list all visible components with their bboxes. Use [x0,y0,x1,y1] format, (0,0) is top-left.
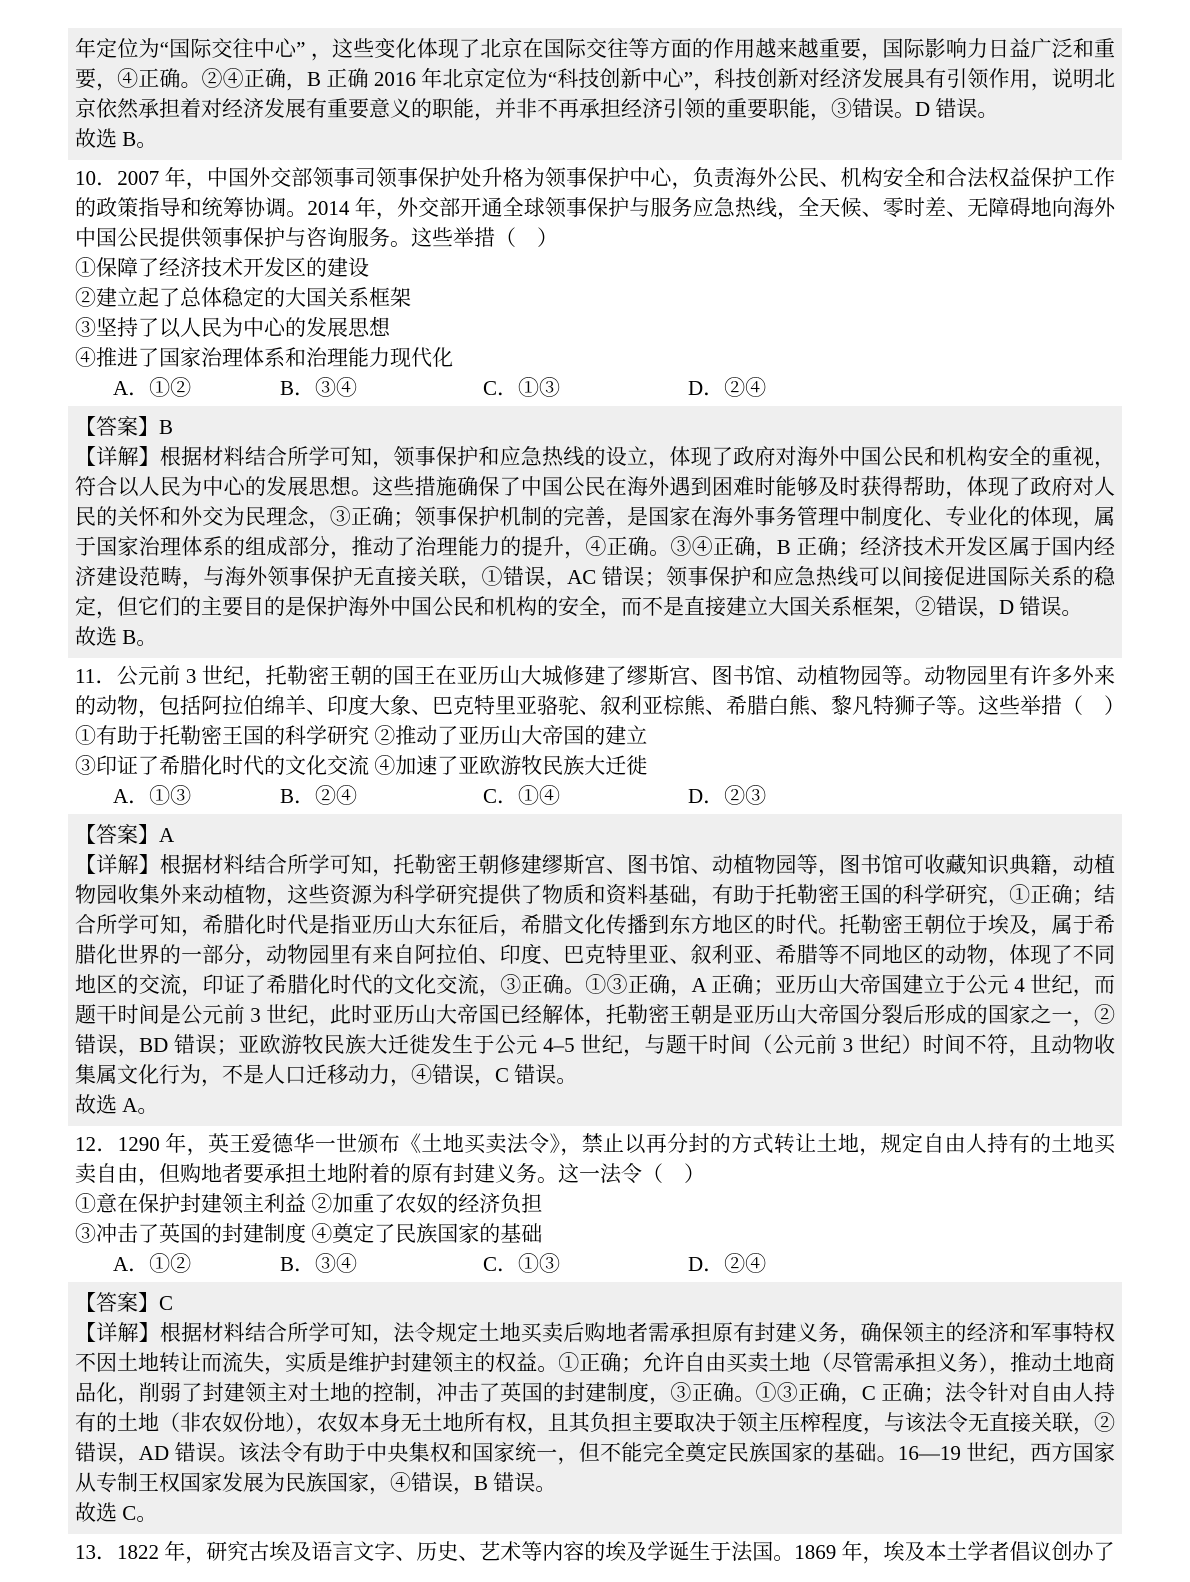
explanation-text: 【详解】根据材料结合所学可知，托勒密王朝修建缪斯宫、图书馆、动植物园等，图书馆可… [75,850,1115,1090]
option-b: B．③④ [280,373,483,403]
question-item: ①有助于托勒密王国的科学研究 ②推动了亚历山大帝国的建立 [75,721,1115,751]
question-item: ③冲击了英国的封建制度 ④奠定了民族国家的基础 [75,1219,1115,1249]
answer-line: 【答案】A [75,820,1115,850]
answer-block-10: 【答案】B 【详解】根据材料结合所学可知，领事保护和应急热线的设立，体现了政府对… [68,406,1122,658]
answer-block-12: 【答案】C 【详解】根据材料结合所学可知，法令规定土地买卖后购地者需承担原有封建… [68,1282,1122,1534]
option-d: D．②④ [688,373,766,403]
answer-line: 【答案】C [75,1288,1115,1318]
explanation-text: 【详解】根据材料结合所学可知，领事保护和应急热线的设立，体现了政府对海外中国公民… [75,442,1115,622]
question-block-12: 12．1290 年，英王爱德华一世颁布《土地买卖法令》，禁止以再分封的方式转让土… [68,1126,1122,1282]
question-block-11: 11．公元前 3 世纪，托勒密王朝的国王在亚历山大城修建了缪斯宫、图书馆、动植物… [68,658,1122,814]
answer-value: A [159,823,174,847]
option-d: D．②④ [688,1249,766,1279]
option-b: B．②④ [280,781,483,811]
question-stem: 12．1290 年，英王爱德华一世颁布《土地买卖法令》，禁止以再分封的方式转让土… [75,1129,1115,1189]
conclusion-text: 故选 A。 [75,1090,1115,1120]
option-a: A．①② [113,373,280,403]
question-item: ③印证了希腊化时代的文化交流 ④加速了亚欧游牧民族大迁徙 [75,751,1115,781]
answer-block-11: 【答案】A 【详解】根据材料结合所学可知，托勒密王朝修建缪斯宫、图书馆、动植物园… [68,814,1122,1126]
question-item: ①保障了经济技术开发区的建设 [75,253,1115,283]
question-item: ③坚持了以人民为中心的发展思想 [75,313,1115,343]
explanation-text: 【详解】根据材料结合所学可知，法令规定土地买卖后购地者需承担原有封建义务，确保领… [75,1318,1115,1498]
options-row: A．①②B．③④C．①③D．②④ [75,1249,1115,1279]
question-item: ②建立起了总体稳定的大国关系框架 [75,283,1115,313]
document-content: 年定位为“国际交往中心” ，这些变化体现了北京在国际交往等方面的作用越来越重要，… [68,0,1122,1570]
answer-value: B [159,415,173,439]
question-block-10: 10．2007 年，中国外交部领事司领事保护处升格为领事保护中心，负责海外公民、… [68,160,1122,406]
question-stem: 13．1822 年，研究古埃及语言文字、历史、艺术等内容的埃及学诞生于法国。18… [75,1537,1115,1567]
answer-block-q9: 年定位为“国际交往中心” ，这些变化体现了北京在国际交往等方面的作用越来越重要，… [68,28,1122,160]
option-c: C．①③ [483,373,688,403]
question-item: ④推进了国家治理体系和治理能力现代化 [75,343,1115,373]
option-b: B．③④ [280,1249,483,1279]
conclusion-text: 故选 B。 [75,622,1115,652]
question-block-13: 13．1822 年，研究古埃及语言文字、历史、艺术等内容的埃及学诞生于法国。18… [68,1534,1122,1570]
question-stem: 11．公元前 3 世纪，托勒密王朝的国王在亚历山大城修建了缪斯宫、图书馆、动植物… [75,661,1115,721]
answer-label: 【答案】 [75,415,159,439]
answer-line: 【答案】B [75,412,1115,442]
option-a: A．①③ [113,781,280,811]
option-c: C．①③ [483,1249,688,1279]
option-c: C．①④ [483,781,688,811]
answer-label: 【答案】 [75,823,159,847]
option-d: D．②③ [688,781,766,811]
explanation-text: 年定位为“国际交往中心” ，这些变化体现了北京在国际交往等方面的作用越来越重要，… [75,34,1115,124]
options-row: A．①②B．③④C．①③D．②④ [75,373,1115,403]
question-item: ①意在保护封建领主利益 ②加重了农奴的经济负担 [75,1189,1115,1219]
answer-value: C [159,1291,173,1315]
options-row: A．①③B．②④C．①④D．②③ [75,781,1115,811]
conclusion-text: 故选 B。 [75,124,1115,154]
conclusion-text: 故选 C。 [75,1498,1115,1528]
answer-label: 【答案】 [75,1291,159,1315]
option-a: A．①② [113,1249,280,1279]
question-stem: 10．2007 年，中国外交部领事司领事保护处升格为领事保护中心，负责海外公民、… [75,163,1115,253]
